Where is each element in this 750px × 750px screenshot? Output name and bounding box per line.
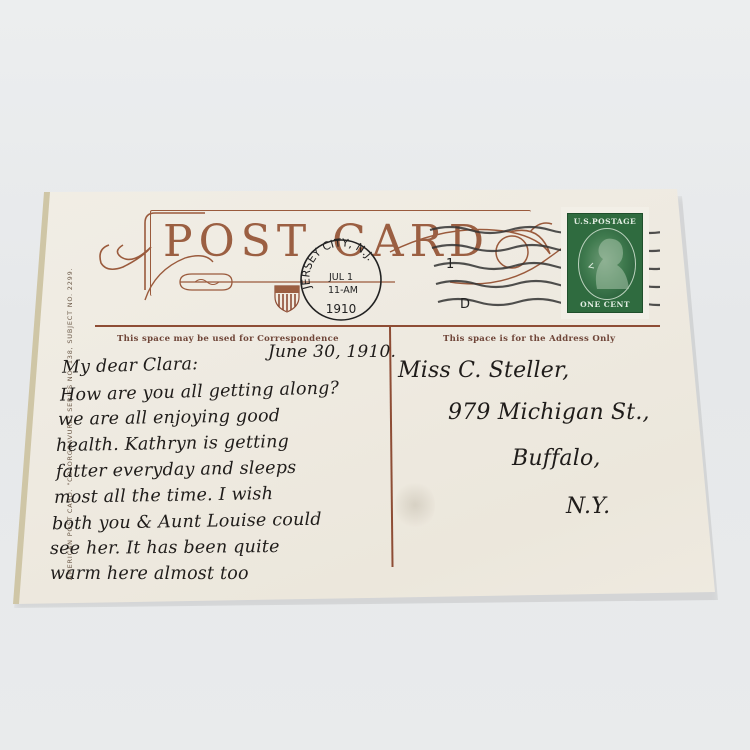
address-line: Miss C. Steller, [398, 358, 570, 383]
message-line: most all the time. I wish [54, 484, 273, 508]
postmark-year: 1910 [326, 302, 357, 316]
postmark-time: 11-AM [328, 285, 358, 296]
cancel-number: 1 [446, 257, 454, 272]
address-line: Buffalo, [512, 446, 601, 471]
message-line: both you & Aunt Louise could [52, 510, 322, 535]
postmark-icon: JERSEY CITY, N.J. JUL 1 11-AM 1910 [297, 236, 385, 324]
postcard: POST CARD JERSEY CITY, N.J. JUL 1 11-AM … [0, 0, 750, 750]
stain-mark [395, 480, 435, 530]
message-line: health. Kathryn is getting [56, 432, 289, 456]
message-line: fatter everyday and sleeps [56, 458, 297, 482]
postmark-date: JUL 1 [328, 272, 353, 283]
message-line: How are you all getting along? [60, 378, 340, 405]
message-line: My dear Clara: [62, 354, 199, 378]
message-line: warm here almost too [50, 564, 249, 584]
stamp-top-text: U.S.POSTAGE [568, 217, 642, 226]
postage-stamp: U.S.POSTAGE ONE CENT [561, 207, 649, 319]
address-line: 979 Michigan St., [448, 400, 650, 425]
postmark-city: JERSEY CITY, N.J. [299, 236, 377, 291]
franklin-portrait-icon [578, 228, 636, 300]
cancel-letter: D [460, 297, 470, 312]
svg-text:JERSEY CITY, N.J.: JERSEY CITY, N.J. [299, 236, 377, 291]
vertical-divider [389, 327, 394, 567]
message-line: see her. It has been quite [50, 537, 280, 559]
address-line: N.Y. [566, 494, 610, 519]
stamp-face: U.S.POSTAGE ONE CENT [567, 213, 643, 313]
message-date: June 30, 1910. [268, 342, 396, 362]
message-line: we are all enjoying good [58, 406, 281, 430]
address-label: This space is for the Address Only [443, 334, 615, 344]
stamp-bottom-text: ONE CENT [568, 300, 642, 309]
horizontal-rule [95, 325, 660, 327]
